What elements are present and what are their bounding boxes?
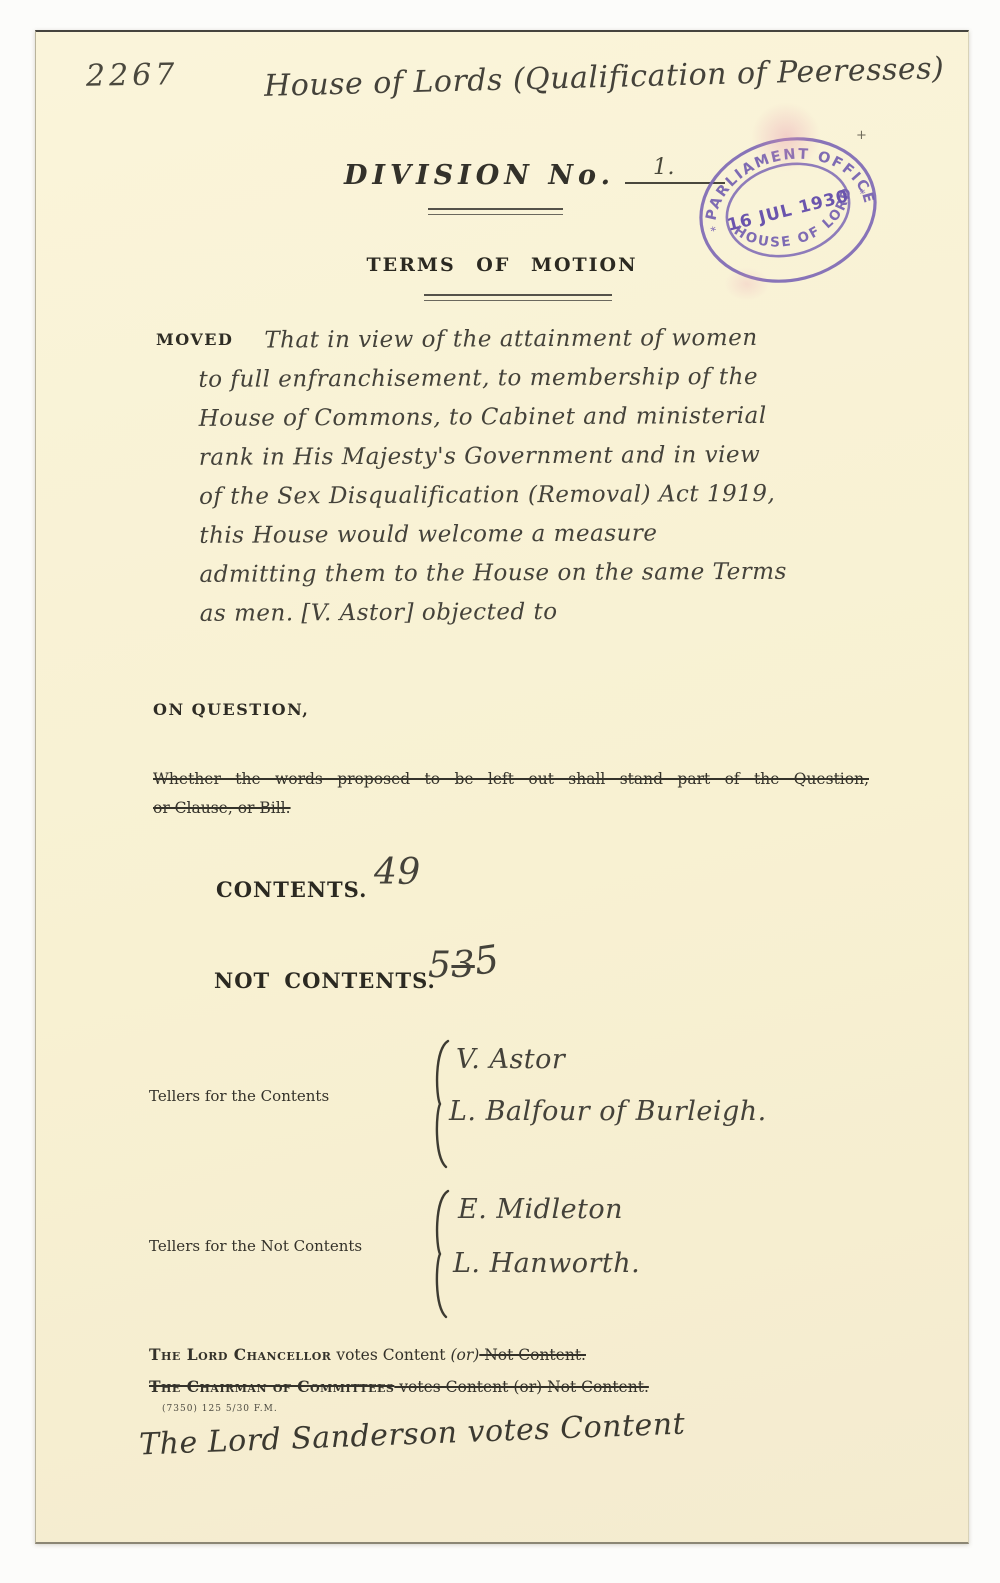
struck-question-text: Whether the words proposed to be left ou…	[153, 765, 869, 823]
motion-line: admitting them to the House on the same …	[199, 552, 909, 595]
motion-text-handwritten: That in view of the attainment of women …	[198, 318, 910, 634]
lord-chancellor-name: The Lord Chancellor	[149, 1345, 331, 1364]
teller-name-handwritten: L. Hanworth.	[453, 1248, 640, 1279]
doc-number-handwritten: 2267	[86, 57, 179, 94]
teller-name-handwritten: V. Astor	[456, 1044, 565, 1075]
division-heading: DIVISION No.1.	[344, 152, 725, 191]
motion-line: That in view of the attainment of women	[198, 318, 908, 361]
terms-of-motion-heading: TERMS OF MOTION	[36, 254, 968, 276]
motion-line: House of Commons, to Cabinet and ministe…	[199, 396, 909, 439]
teller-name-handwritten: L. Balfour of Burleigh.	[449, 1096, 767, 1127]
chairman-name: The Chairman of Committees	[149, 1377, 394, 1396]
motion-line: this House would welcome a measure	[199, 513, 909, 556]
chairman-votes-text: votes Content (or) Not Content.	[394, 1378, 649, 1396]
division-rule	[428, 208, 563, 215]
motion-line: rank in His Majesty's Government and in …	[199, 435, 909, 478]
chancellor-or-text: (or)	[450, 1346, 479, 1364]
contents-count-handwritten: 49	[374, 852, 421, 893]
not-contents-digit: 5	[428, 945, 451, 986]
lord-chancellor-line: The Lord Chancellor votes Content (or) N…	[149, 1345, 586, 1364]
corner-pen-mark: +	[856, 128, 867, 143]
struck-question-line: Whether the words proposed to be left ou…	[153, 765, 869, 794]
scanned-document-page: { "page": { "doc_number": "2267", "heade…	[0, 0, 1000, 1583]
not-contents-label: NOT CONTENTS.	[214, 968, 436, 993]
header-title-handwritten: House of Lords (Qualification of Peeress…	[264, 51, 945, 104]
chancellor-struck-text: Not Content.	[479, 1346, 586, 1364]
contents-label: CONTENTS.	[216, 877, 367, 902]
division-label: DIVISION No.	[344, 160, 615, 191]
struck-question-line: or Clause, or Bill.	[153, 794, 869, 823]
motion-line: to full enfranchisement, to membership o…	[198, 357, 908, 400]
not-contents-count-handwritten: 535	[428, 942, 500, 986]
motion-line: as men. [V. Astor] objected to	[200, 591, 910, 634]
tellers-not-contents-brace-icon	[426, 1188, 452, 1320]
teller-name-handwritten: E. Midleton	[458, 1194, 623, 1225]
printer-code: (7350) 125 5/30 F.M.	[162, 1404, 278, 1414]
chancellor-votes-text: votes Content	[331, 1346, 450, 1364]
paper-sheet: 2267 House of Lords (Qualification of Pe…	[35, 30, 969, 1544]
bottom-note-handwritten: The Lord Sanderson votes Content	[139, 1407, 686, 1463]
terms-rule	[424, 294, 612, 301]
tellers-contents-label: Tellers for the Contents	[149, 1087, 329, 1105]
not-contents-corrected-digit: 5	[471, 937, 502, 984]
division-number-handwritten: 1.	[653, 155, 675, 180]
on-question-label: ON QUESTION,	[153, 700, 309, 719]
stamp-star-left-icon: *	[709, 224, 718, 238]
chairman-line-struck: The Chairman of Committees votes Content…	[149, 1377, 649, 1396]
tellers-not-contents-label: Tellers for the Not Contents	[149, 1237, 362, 1255]
not-contents-struck-digit: 3	[451, 945, 474, 986]
motion-line: of the Sex Disqualification (Removal) Ac…	[199, 474, 909, 517]
ink-smudge	[751, 102, 821, 172]
